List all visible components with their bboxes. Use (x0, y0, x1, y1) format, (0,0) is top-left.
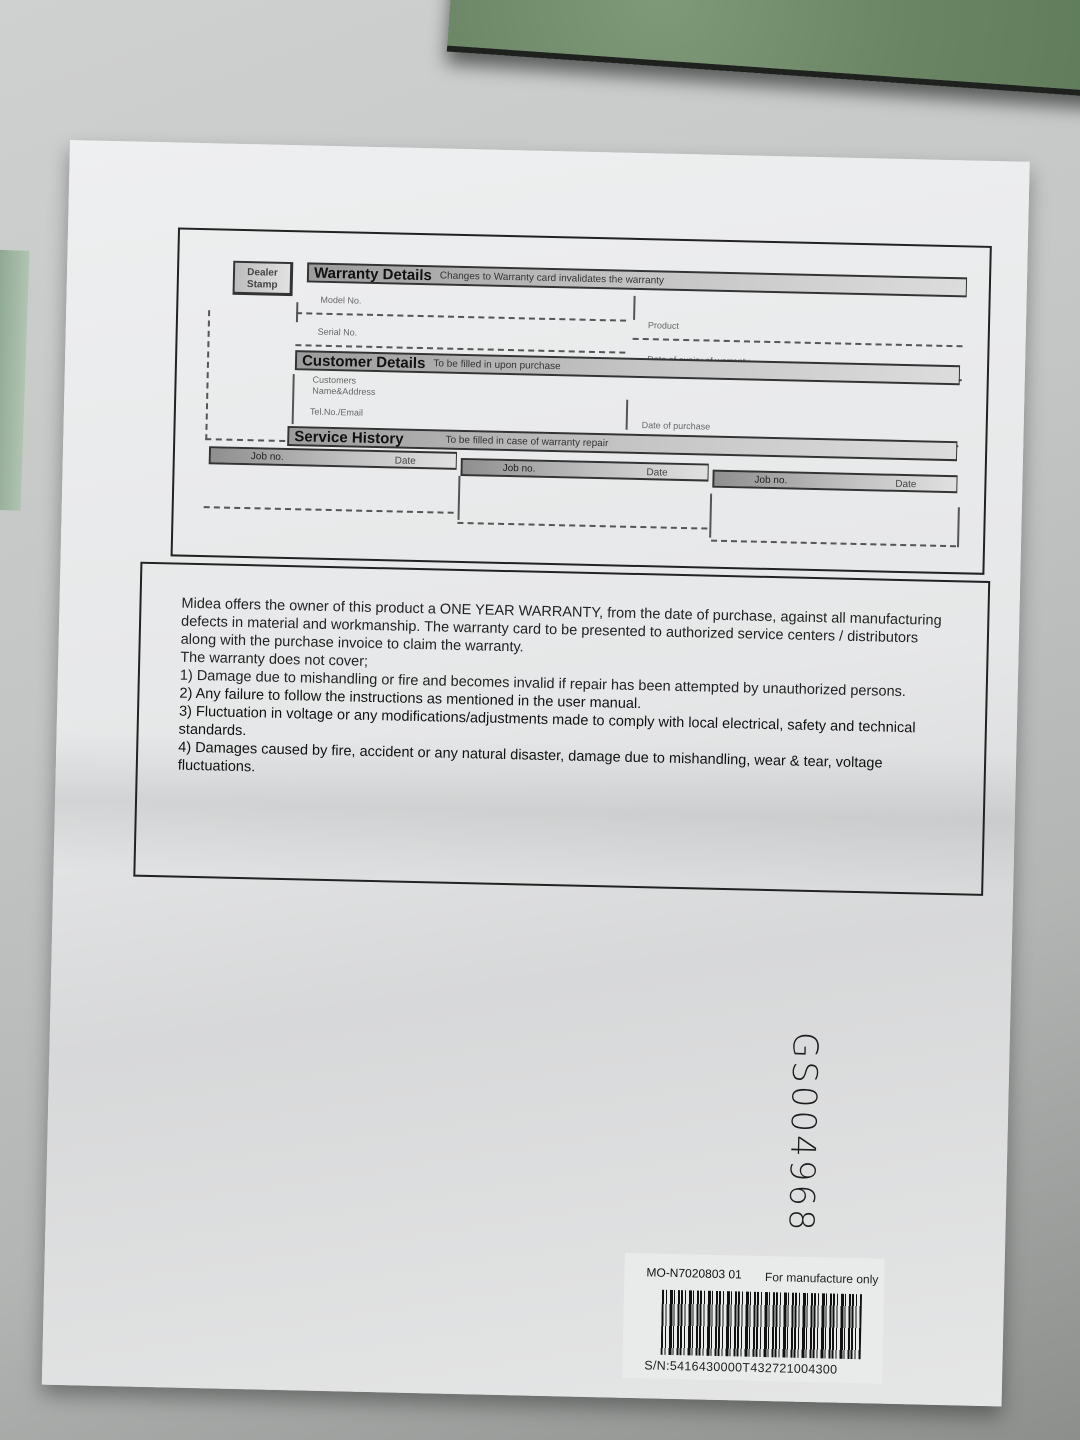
service-column-3-line (711, 540, 956, 548)
outer-dashed-left (205, 310, 210, 440)
barcode-label: MO-N7020803 01 For manufacture only S/N:… (622, 1253, 885, 1384)
dealer-stamp-label-2: Stamp (235, 279, 290, 292)
warranty-terms-box: Midea offers the owner of this product a… (133, 562, 990, 896)
service-history-title: Service History (294, 428, 404, 447)
handwritten-code: GS004968 (780, 1031, 825, 1234)
green-object-edge (0, 249, 30, 510)
divider (292, 374, 295, 424)
model-no-label: Model No. (320, 295, 361, 306)
warranty-details-note: Changes to Warranty card invalidates the… (440, 270, 664, 286)
tel-email-label: Tel.No./Email (310, 407, 363, 418)
customer-details-header: Customer Details To be filled in upon pu… (295, 350, 960, 385)
product-label: Product (648, 320, 679, 331)
model-no-line (296, 312, 626, 321)
divider (957, 507, 960, 547)
divider (296, 302, 298, 322)
product-line (633, 338, 963, 347)
warranty-details-header: Warranty Details Changes to Warranty car… (307, 262, 967, 297)
divider (709, 494, 712, 538)
customer-details-title: Customer Details (302, 352, 426, 372)
service-history-note: To be filled in case of warranty repair (445, 434, 608, 449)
customer-name-label: Customers Name&Address (312, 375, 376, 398)
warranty-form: Dealer Stamp Warranty Details Changes to… (171, 227, 992, 574)
service-column-2-line (457, 522, 707, 530)
warranty-terms: Midea offers the owner of this product a… (178, 595, 948, 792)
date-label: Date (646, 467, 667, 478)
divider (626, 400, 629, 430)
service-column-1-header: Job no. Date (209, 446, 457, 470)
divider (205, 438, 285, 442)
date-label: Date (895, 479, 916, 490)
manufacture-note: For manufacture only (765, 1270, 879, 1287)
green-mat-background (447, 0, 1080, 100)
job-no-label: Job no. (251, 451, 284, 463)
job-no-label: Job no. (503, 463, 536, 475)
divider (457, 476, 460, 520)
customer-details-note: To be filled in upon purchase (433, 358, 561, 372)
serial-no-label: Serial No. (318, 327, 358, 338)
purchase-date-label: Date of purchase (642, 420, 711, 432)
barcode-icon (661, 1290, 862, 1360)
dealer-stamp-box: Dealer Stamp (233, 261, 294, 296)
warranty-card-sheet: Dealer Stamp Warranty Details Changes to… (42, 140, 1030, 1406)
job-no-label: Job no. (754, 475, 787, 487)
warranty-details-title: Warranty Details (314, 264, 432, 284)
service-column-3-header: Job no. Date (712, 470, 957, 494)
serial-number: S/N:5416430000T432721004300 (644, 1358, 837, 1376)
mo-number: MO-N7020803 01 (646, 1265, 742, 1281)
customer-name-label-2: Name&Address (312, 386, 375, 398)
service-column-1-line (204, 506, 454, 514)
date-label: Date (395, 455, 416, 466)
divider (633, 296, 636, 320)
service-column-2-header: Job no. Date (460, 458, 708, 482)
